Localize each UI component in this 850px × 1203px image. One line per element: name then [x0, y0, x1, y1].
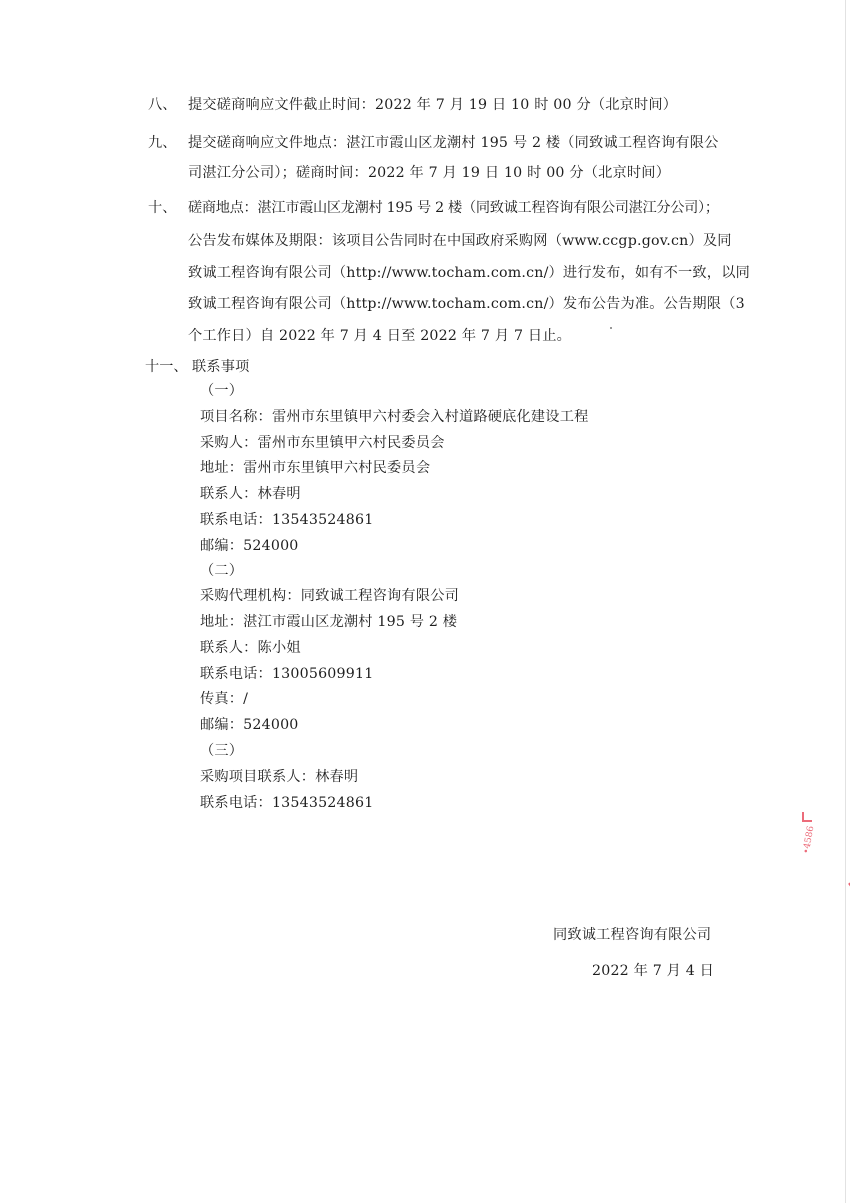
agency-address: 地址：湛江市霞山区龙潮村 195 号 2 楼 — [200, 613, 457, 631]
project-contact: 采购项目联系人：林春明 — [200, 768, 358, 786]
publication-line4: 个工作日）自 2022 年 7 月 4 日至 2022 年 7 月 7 日止。 — [188, 327, 571, 345]
agency-postcode: 邮编：524000 — [200, 716, 299, 734]
project-name: 项目名称：雷州市东里镇甲六村委会入村道路硬底化建设工程 — [200, 408, 588, 426]
section-number-10: 十、 — [148, 199, 176, 217]
section-number-8: 八、 — [148, 96, 176, 114]
project-contact-phone: 联系电话：13543524861 — [200, 794, 373, 812]
purchaser-phone: 联系电话：13543524861 — [200, 511, 373, 529]
contact-heading: 联系事项 — [192, 358, 250, 376]
group1-label: （一） — [200, 382, 243, 400]
page-edge-line — [845, 0, 846, 1203]
purchaser-contact: 联系人：林春明 — [200, 485, 301, 503]
signature-date: 2022 年 7 月 4 日 — [592, 962, 714, 980]
submission-deadline: 提交磋商响应文件截止时间：2022 年 7 月 19 日 10 时 00 分（北… — [188, 96, 677, 114]
publication-line3: 致诚工程咨询有限公司（http://www.tocham.com.cn/）发布公… — [188, 295, 745, 313]
purchaser-address: 地址：雷州市东里镇甲六村民委员会 — [200, 459, 430, 477]
section-number-11: 十一、 — [145, 358, 188, 376]
red-seal-stamp — [737, 761, 850, 910]
submission-location-line2: 司湛江分公司）；磋商时间：2022 年 7 月 19 日 10 时 00 分（北… — [188, 164, 670, 182]
publication-line1: 公告发布媒体及期限：该项目公告同时在中国政府采购网（www.ccgp.gov.c… — [188, 232, 732, 250]
agency-fax: 传真：/ — [200, 690, 248, 708]
section-number-9: 九、 — [148, 134, 176, 152]
agency-phone: 联系电话：13005609911 — [200, 665, 373, 683]
submission-location-line1: 提交磋商响应文件地点：湛江市霞山区龙潮村 195 号 2 楼（同致诚工程咨询有限… — [188, 134, 719, 152]
scan-speck — [610, 327, 612, 329]
agency-name: 采购代理机构：同致诚工程咨询有限公司 — [200, 587, 459, 605]
purchaser: 采购人：雷州市东里镇甲六村民委员会 — [200, 434, 445, 452]
publication-line2: 致诚工程咨询有限公司（http://www.tocham.com.cn/）进行发… — [188, 264, 750, 282]
group3-label: （三） — [200, 742, 243, 760]
seal-mark — [802, 812, 812, 822]
consultation-location: 磋商地点：湛江市霞山区龙潮村 195 号 2 楼（同致诚工程咨询有限公司湛江分公… — [188, 199, 719, 217]
group2-label: （二） — [200, 562, 243, 580]
purchaser-postcode: 邮编：524000 — [200, 537, 299, 555]
signature-company: 同致诚工程咨询有限公司 — [553, 926, 711, 944]
agency-contact: 联系人：陈小姐 — [200, 639, 301, 657]
